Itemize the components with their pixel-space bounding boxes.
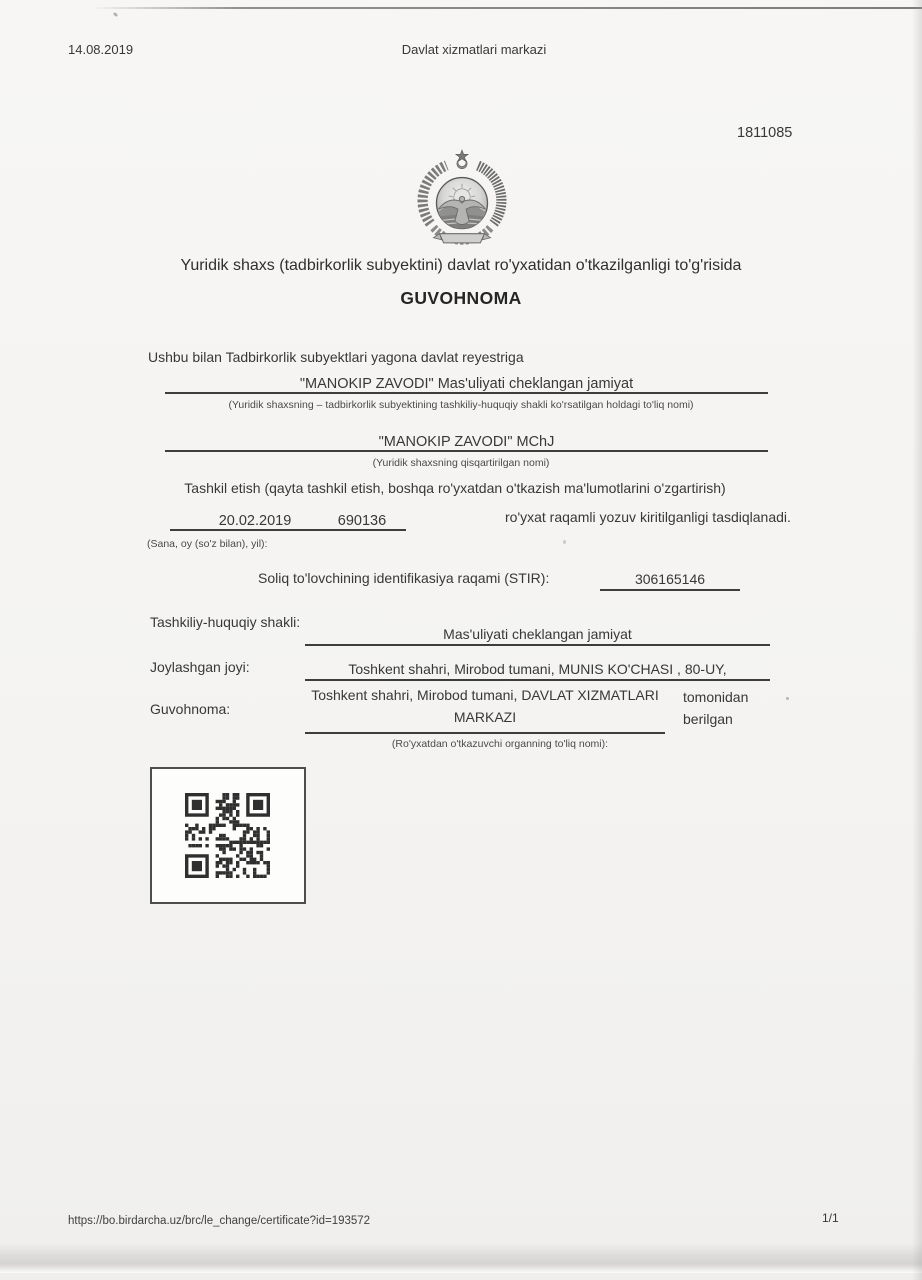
certificate-name: GUVOHNOMA <box>0 288 922 309</box>
full-name-field: "MANOKIP ZAVODI" Mas'uliyati cheklangan … <box>165 366 768 394</box>
scan-speck <box>563 540 566 544</box>
legal-form-field: Mas'uliyati cheklangan jamiyat <box>305 615 770 646</box>
stir-field: 306165146 <box>600 566 740 591</box>
scan-top-edge <box>90 7 922 9</box>
qr-code-box <box>150 767 306 904</box>
uzbekistan-emblem-icon <box>411 148 513 250</box>
stir-label: Soliq to'lovchining identifikasiya raqam… <box>258 569 549 588</box>
issuer-field: Toshkent shahri, Mirobod tumani, DAVLAT … <box>305 684 665 734</box>
registration-date-field: 20.02.2019 <box>170 505 340 531</box>
doc-number: 1811085 <box>737 124 792 144</box>
registration-number-value: 690136 <box>338 513 386 529</box>
registration-confirm-text: ro'yxat raqamli yozuv kiritilganligi tas… <box>505 508 791 527</box>
scan-speck <box>786 697 789 700</box>
full-name-caption: (Yuridik shaxsning – tadbirkorlik subyek… <box>0 399 922 411</box>
issuer-value: Toshkent shahri, Mirobod tumani, DAVLAT … <box>311 687 659 725</box>
registration-number-field: 690136 <box>318 505 406 531</box>
registration-date-value: 20.02.2019 <box>219 513 292 529</box>
certificate-title: Yuridik shaxs (tadbirkorlik subyektini) … <box>0 257 922 275</box>
date-caption: (Sana, oy (so'z bilan), yil): <box>147 538 267 550</box>
stir-value: 306165146 <box>635 570 705 589</box>
qr-code-icon <box>185 793 270 878</box>
issuer-caption: (Ro'yxatdan o'tkazuvchi organning to'liq… <box>300 738 700 750</box>
intro-text: Ushbu bilan Tadbirkorlik subyektlari yag… <box>148 348 524 367</box>
short-name-field: "MANOKIP ZAVODI" MChJ <box>165 424 768 452</box>
scan-speck <box>113 12 119 18</box>
address-field: Toshkent shahri, Mirobod tumani, MUNIS K… <box>305 652 770 681</box>
scanned-certificate-page: 14.08.2019 Davlat xizmatlari markazi 181… <box>0 0 922 1280</box>
full-name-value: "MANOKIP ZAVODI" Mas'uliyati cheklangan … <box>300 376 633 392</box>
short-name-value: "MANOKIP ZAVODI" MChJ <box>379 434 555 450</box>
address-value: Toshkent shahri, Mirobod tumani, MUNIS K… <box>348 660 726 679</box>
issuer-suffix: tomonidan berilgan <box>683 686 763 731</box>
legal-form-label: Tashkiliy-huquqiy shakli: <box>150 611 310 633</box>
footer-url: https://bo.birdarcha.uz/brc/le_change/ce… <box>68 1215 370 1227</box>
issuer-label: Guvohnoma: <box>150 700 230 719</box>
scan-right-shade <box>912 0 922 1280</box>
footer-page-number: 1/1 <box>822 1210 839 1226</box>
header-center-text: Davlat xizmatlari markazi <box>24 41 922 59</box>
legal-form-value: Mas'uliyati cheklangan jamiyat <box>443 625 632 644</box>
short-name-caption: (Yuridik shaxsning qisqartirilgan nomi) <box>0 457 922 469</box>
address-label: Joylashgan joyi: <box>150 658 250 677</box>
registration-heading: Tashkil etish (qayta tashkil etish, bosh… <box>0 479 910 498</box>
scan-bottom-shadow <box>0 1243 922 1273</box>
